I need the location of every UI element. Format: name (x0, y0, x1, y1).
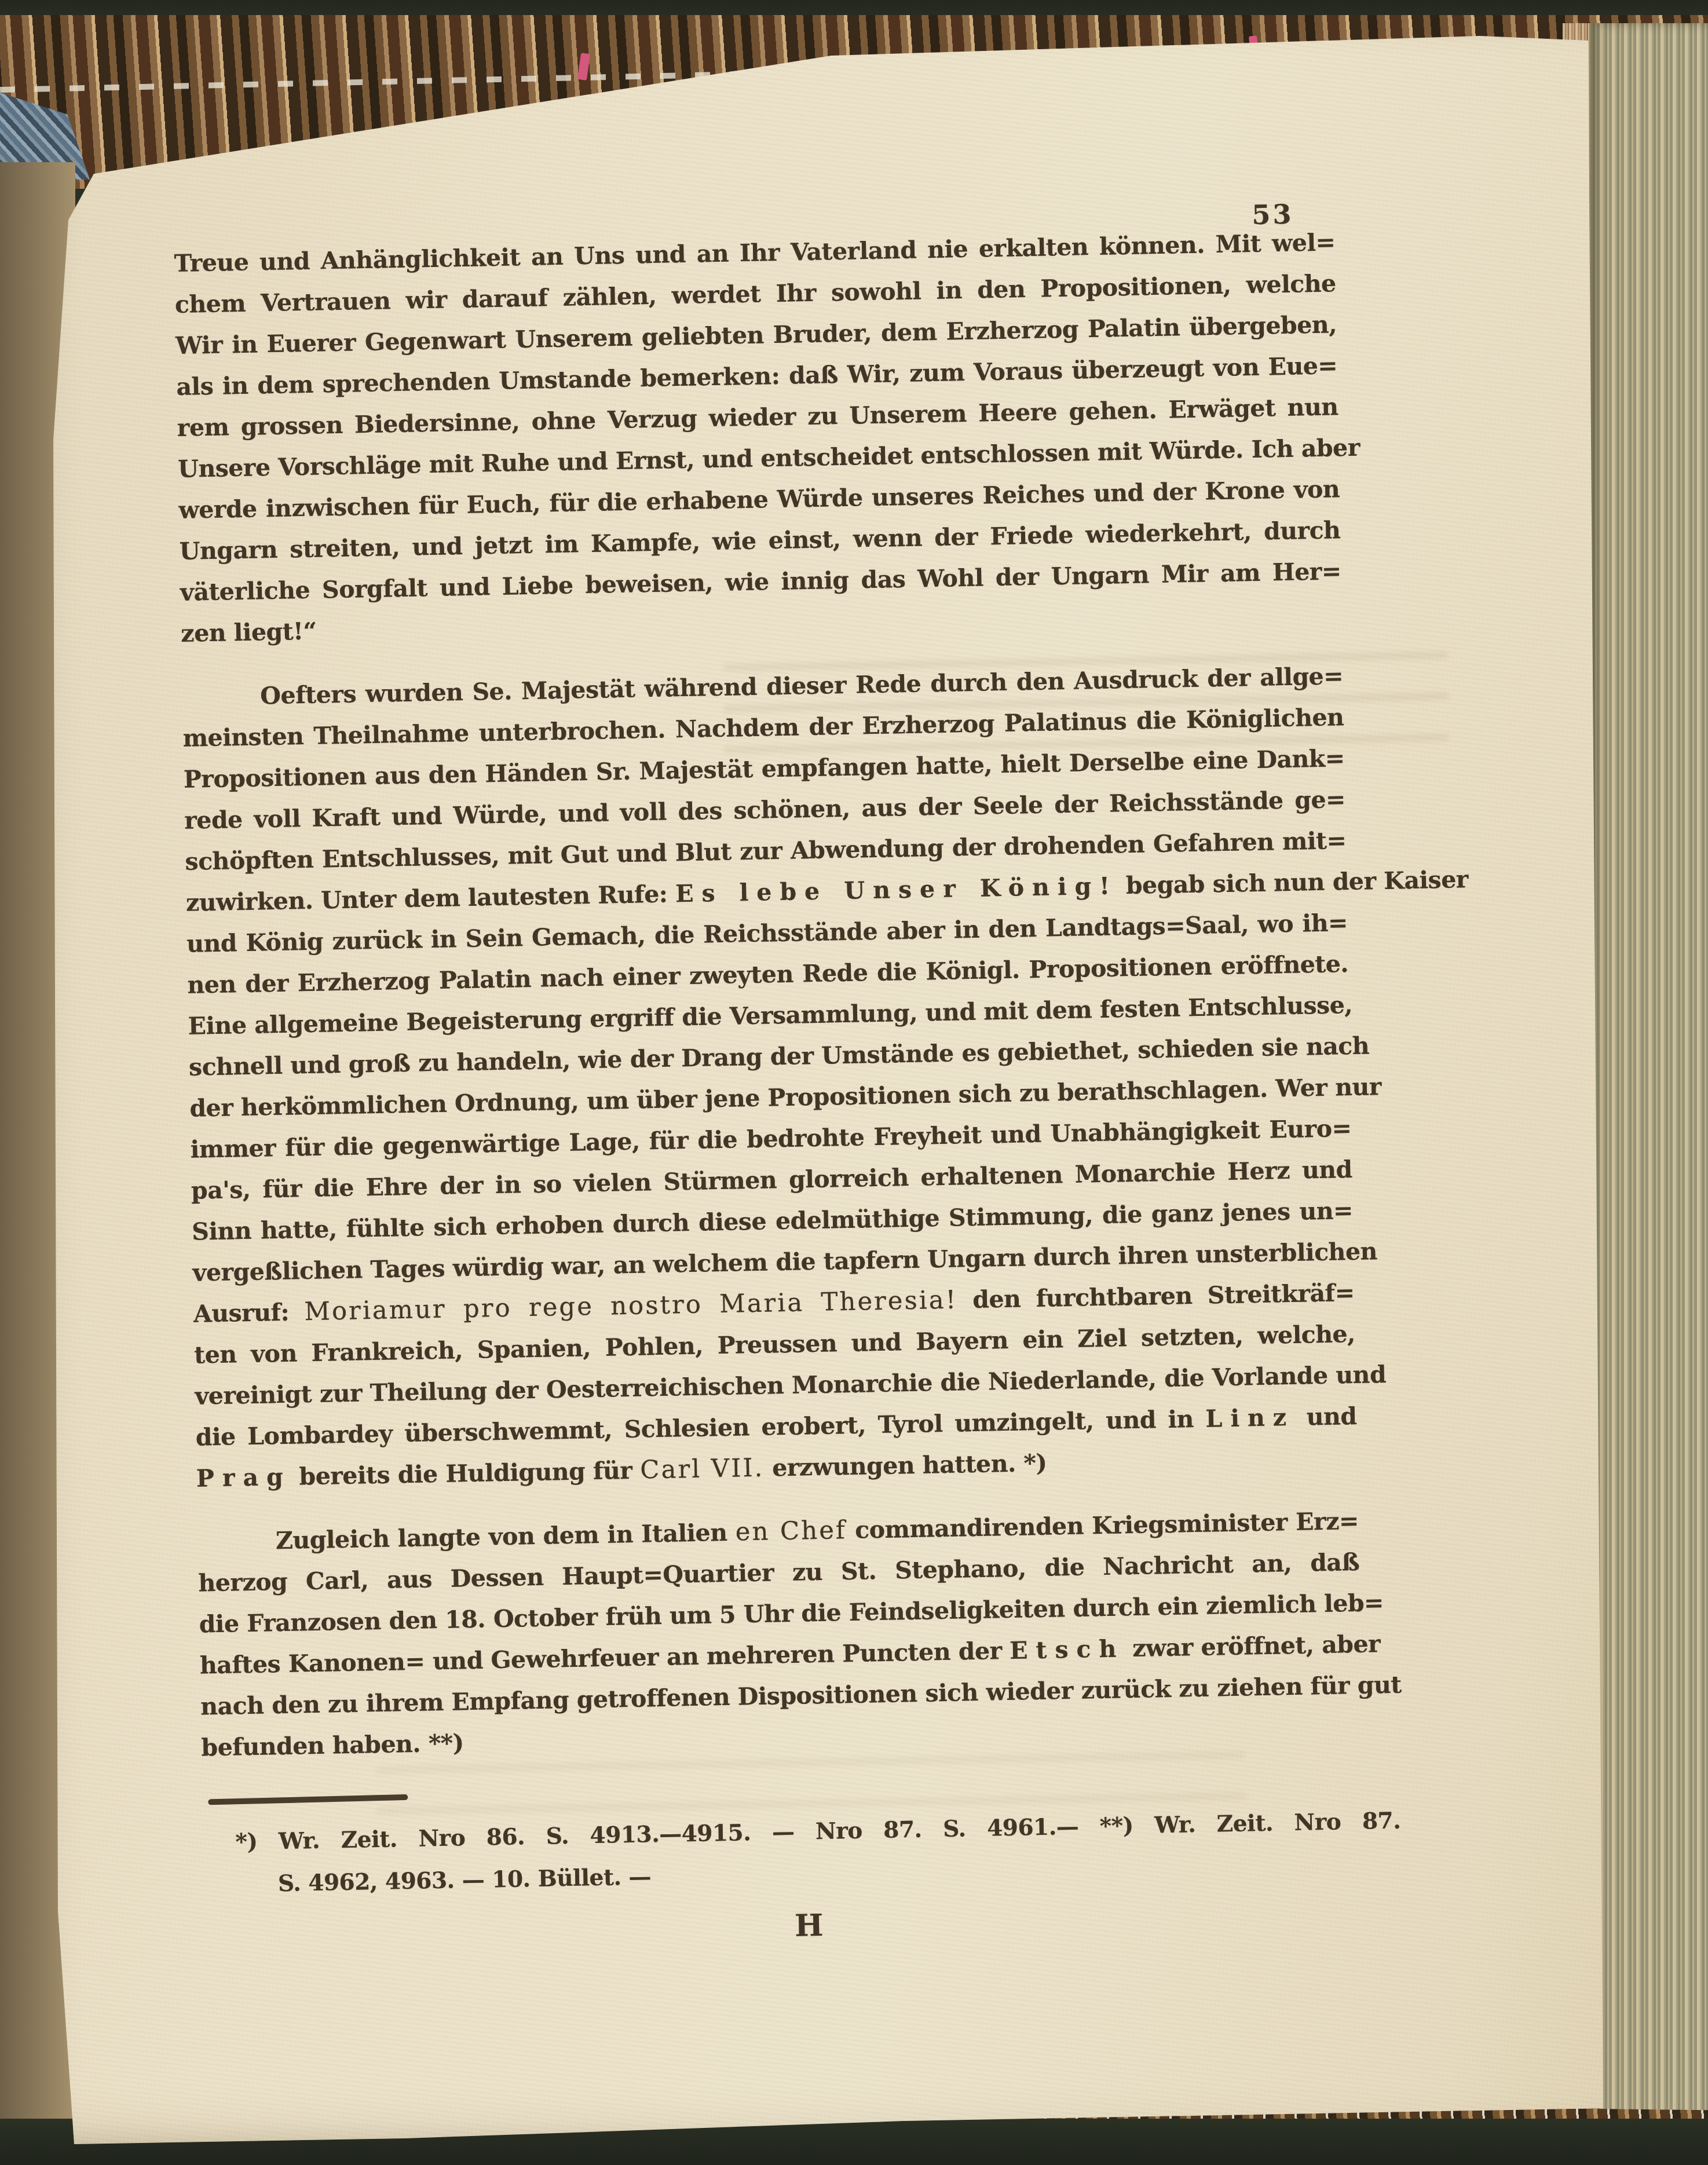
paragraph: Treue und Anhänglichkeit an Uns und an I… (174, 222, 1343, 654)
letterspaced-segment: Es lebe Unser König! (675, 872, 1118, 908)
antiqua-type-segment: Carl VII. (640, 1454, 765, 1485)
fore-edge-page-stack (1589, 23, 1708, 2131)
signature-mark: H (788, 1908, 829, 1944)
footnote-lines: *) Wr. Zeit. Nro 86. S. 4913.—4915. — Nr… (207, 1800, 1402, 1907)
page-number: 53 (1252, 199, 1294, 231)
paragraph: Zugleich langte von dem in Italien en Ch… (197, 1501, 1362, 1769)
letterspaced-segment: Linz (1205, 1403, 1294, 1433)
page-text: 53 Treue und Anhänglichkeit an Uns und a… (174, 222, 1366, 1954)
paragraph: Oefters wurden Se. Majestät während dies… (182, 656, 1358, 1500)
footnote-block: *) Wr. Zeit. Nro 86. S. 4913.—4915. — Nr… (207, 1777, 1403, 1955)
antiqua-type-segment: Moriamur pro rege nostro Maria Theresia! (304, 1286, 958, 1327)
antiqua-type-segment: en Chef (735, 1516, 847, 1547)
letterspaced-segment: Etsch (1010, 1634, 1125, 1665)
page-sheet: 53 Treue und Anhänglichkeit an Uns und a… (0, 0, 1708, 2165)
book-scan: 53 Treue und Anhänglichkeit an Uns und a… (0, 0, 1708, 2165)
footnote-rule (208, 1794, 408, 1805)
body-paragraphs: Treue und Anhänglichkeit an Uns und an I… (174, 222, 1363, 1768)
letterspaced-segment: Prag (196, 1463, 292, 1493)
